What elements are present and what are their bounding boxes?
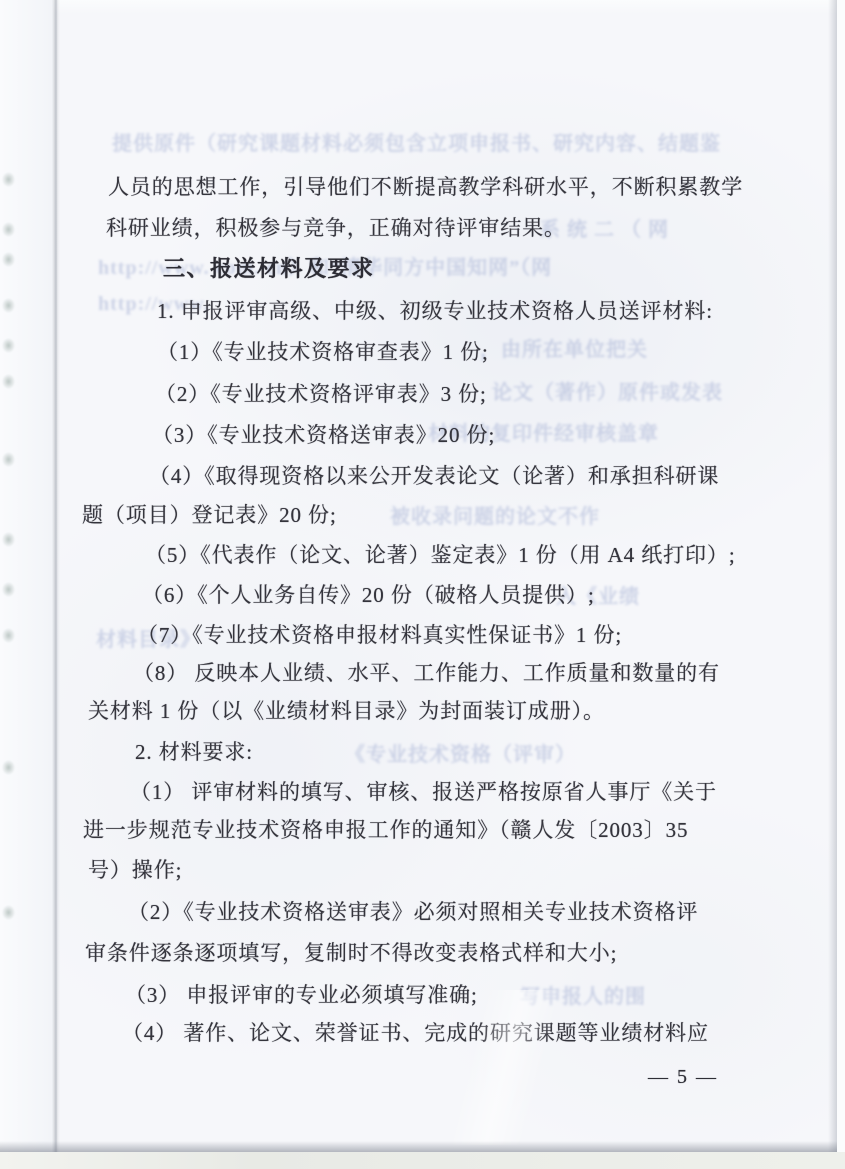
text-line: （2）《专业技术资格评审表》3 份; bbox=[155, 378, 487, 408]
text-layer: 人员的思想工作，引导他们不断提高教学科研水平，不断积累教学科研业绩，积极参与竞争… bbox=[0, 0, 845, 1152]
scanner-right-margin bbox=[837, 0, 845, 1169]
section-heading: 三、报送材料及要求 bbox=[163, 252, 375, 283]
text-line: （4）《取得现资格以来公开发表论文（论著）和承担科研课 bbox=[149, 460, 719, 490]
text-line: （7）《专业技术资格申报材料真实性保证书》1 份; bbox=[137, 619, 622, 649]
text-line: 号）操作; bbox=[88, 854, 182, 884]
text-line: 1. 申报评审高级、中级、初级专业技术资格人员送评材料: bbox=[157, 295, 713, 325]
text-line: 进一步规范专业技术资格申报工作的通知》（赣人发〔2003〕35 bbox=[83, 814, 688, 844]
text-line: （1） 评审材料的填写、审核、报送严格按原省人事厅《关于 bbox=[130, 776, 717, 806]
page-right-edge-shadow bbox=[828, 0, 837, 1152]
page-bottom-edge-shadow bbox=[0, 1141, 837, 1152]
text-line: （1）《专业技术资格审查表》1 份; bbox=[157, 336, 489, 366]
text-line: 科研业绩，积极参与竞争，正确对待评审结果。 bbox=[106, 212, 566, 242]
text-line: （3） 申报评审的专业必须填写准确; bbox=[125, 979, 478, 1009]
text-line: 题（项目）登记表》20 份; bbox=[82, 499, 337, 529]
scanned-document-page: 提供原件（研究课题材料必须包含立项申报书、研究内容、结题鉴系 统 二 （ 网ht… bbox=[0, 0, 845, 1169]
text-line: （5）《代表作（论文、论著）鉴定表》1 份（用 A4 纸打印）; bbox=[145, 539, 736, 569]
scanner-bed-strip bbox=[0, 1152, 845, 1169]
text-line: 关材料 1 份（以《业绩材料目录》为封面装订成册）。 bbox=[88, 695, 605, 725]
text-line: 人员的思想工作，引导他们不断提高教学科研水平，不断积累教学 bbox=[108, 171, 743, 201]
text-line: 2. 材料要求: bbox=[135, 736, 253, 766]
text-line: （2）《专业技术资格送审表》必须对照相关专业技术资格评 bbox=[128, 896, 698, 926]
text-line: （3）《专业技术资格送审表》20 份; bbox=[152, 419, 495, 449]
text-line: （4） 著作、论文、荣誉证书、完成的研究课题等业绩材料应 bbox=[122, 1017, 709, 1047]
text-line: 审条件逐条逐项填写，复制时不得改变表格式样和大小; bbox=[85, 937, 617, 967]
page-number: — 5 — bbox=[648, 1066, 718, 1089]
text-line: （6）《个人业务自传》20 份（破格人员提供）; bbox=[142, 579, 595, 609]
text-line: （8） 反映本人业绩、水平、工作能力、工作质量和数量的有 bbox=[133, 657, 720, 687]
